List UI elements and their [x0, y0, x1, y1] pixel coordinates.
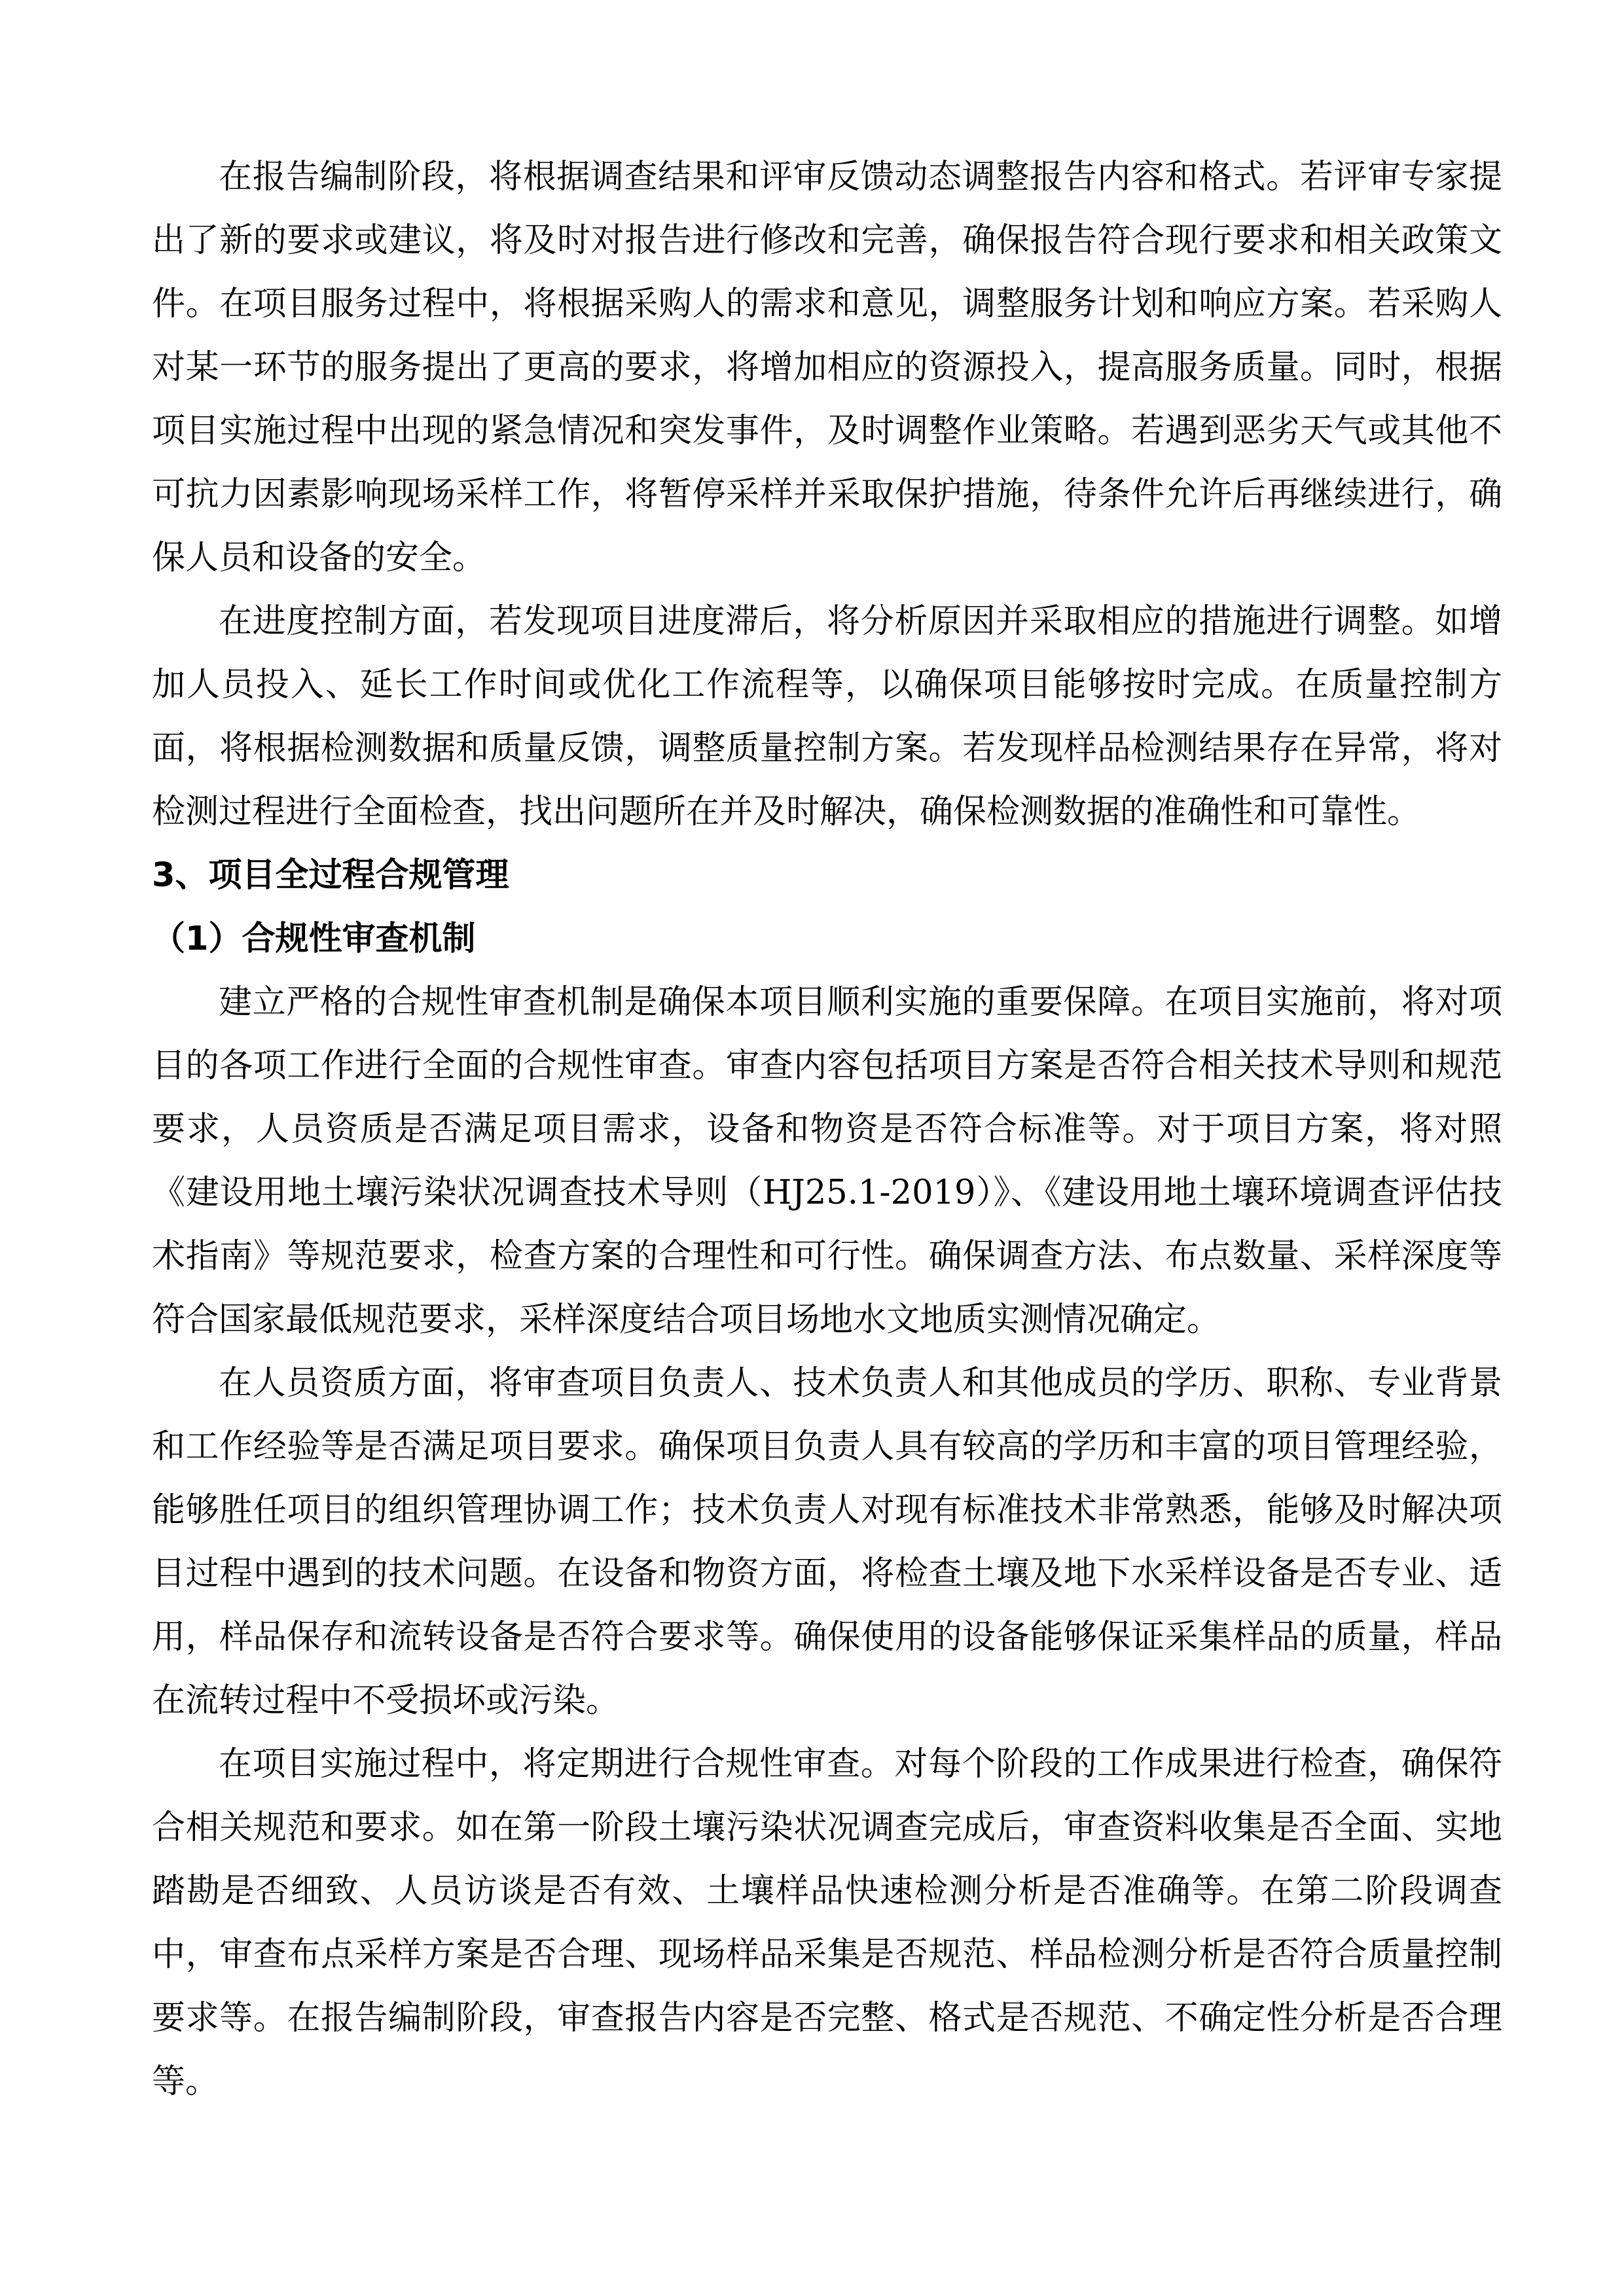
paragraph-progress-quality-control: 在进度控制方面，若发现项目进度滞后，将分析原因并采取相应的措施进行调整。如增加人… — [152, 590, 1502, 844]
paragraph-compliance-review-mechanism: 建立严格的合规性审查机制是确保本项目顺利实施的重要保障。在项目实施前，将对项目的… — [152, 971, 1502, 1352]
heading-subsection-1-compliance-review-mechanism: （1）合规性审查机制 — [152, 907, 1502, 971]
paragraph-personnel-qualification-equipment: 在人员资质方面，将审查项目负责人、技术负责人和其他成员的学历、职称、专业背景和工… — [152, 1352, 1502, 1732]
document-page: 在报告编制阶段，将根据调查结果和评审反馈动态调整报告内容和格式。若评审专家提出了… — [0, 0, 1624, 2296]
paragraph-periodic-compliance-review: 在项目实施过程中，将定期进行合规性审查。对每个阶段的工作成果进行检查，确保符合相… — [152, 1732, 1502, 2113]
heading-section-3-compliance-management: 3、项目全过程合规管理 — [152, 844, 1502, 907]
paragraph-report-compilation-adjustment: 在报告编制阶段，将根据调查结果和评审反馈动态调整报告内容和格式。若评审专家提出了… — [152, 145, 1502, 590]
